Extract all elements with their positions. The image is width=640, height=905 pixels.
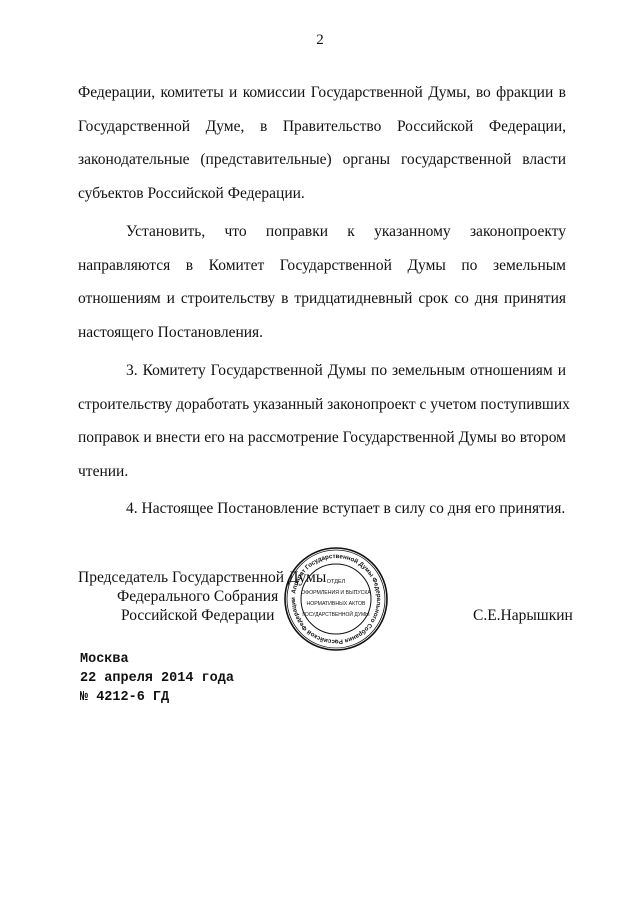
text-line: отношениям и строительству в тридцатидне… <box>78 282 566 316</box>
text-line: настоящего Постановления. <box>78 316 566 350</box>
page-number: 2 <box>0 32 640 49</box>
paragraph-item-3: 3. Комитету Государственной Думы по земе… <box>78 354 566 488</box>
date: 22 апреля 2014 года <box>80 669 234 688</box>
text-line: Федерации, комитеты и комиссии Государст… <box>78 76 566 110</box>
paragraph-continuation: Федерации, комитеты и комиссии Государст… <box>78 76 566 210</box>
signer-name: С.Е.Нарышкин <box>473 607 573 625</box>
text-line: Установить, что поправки к указанному за… <box>78 215 566 249</box>
place-date-number: Москва 22 апреля 2014 года № 4212-6 ГД <box>80 650 234 707</box>
stamp-center-line: ОФОРМЛЕНИЯ И ВЫПУСКА <box>301 590 371 596</box>
stamp-ring-text: Аппарат Государственной Думы Федеральног… <box>290 553 382 645</box>
stamp-center-line: НОРМАТИВНЫХ АКТОВ <box>306 601 366 607</box>
svg-text:Аппарат Государственной Думы Ф: Аппарат Государственной Думы Федеральног… <box>290 553 382 645</box>
text-line: 3. Комитету Государственной Думы по земе… <box>78 354 566 388</box>
stamp-star: * <box>335 639 338 646</box>
stamp-center-line: ГОСУДАРСТВЕННОЙ ДУМЫ <box>302 610 370 618</box>
text-line: субъектов Российской Федерации. <box>78 177 566 211</box>
official-stamp: Аппарат Государственной Думы Федеральног… <box>283 546 389 652</box>
stamp-center-line: ОТДЕЛ <box>327 579 346 585</box>
paragraph-item-4: 4. Настоящее Постановление вступает в си… <box>78 492 566 526</box>
text-line: Государственной Думе, в Правительство Ро… <box>78 110 566 144</box>
text-line: 4. Настоящее Постановление вступает в си… <box>78 492 566 526</box>
city: Москва <box>80 650 234 669</box>
text-line: поправок и внести его на рассмотрение Го… <box>78 421 566 455</box>
text-line: строительству доработать указанный закон… <box>78 388 566 422</box>
text-line: чтении. <box>78 455 566 489</box>
paragraph-amendments: Установить, что поправки к указанному за… <box>78 215 566 349</box>
text-line: направляются в Комитет Государственной Д… <box>78 249 566 283</box>
stamp-seal-icon: Аппарат Государственной Думы Федеральног… <box>283 546 389 652</box>
text-line: законодательные (представительные) орган… <box>78 143 566 177</box>
document-number: № 4212-6 ГД <box>80 688 234 707</box>
